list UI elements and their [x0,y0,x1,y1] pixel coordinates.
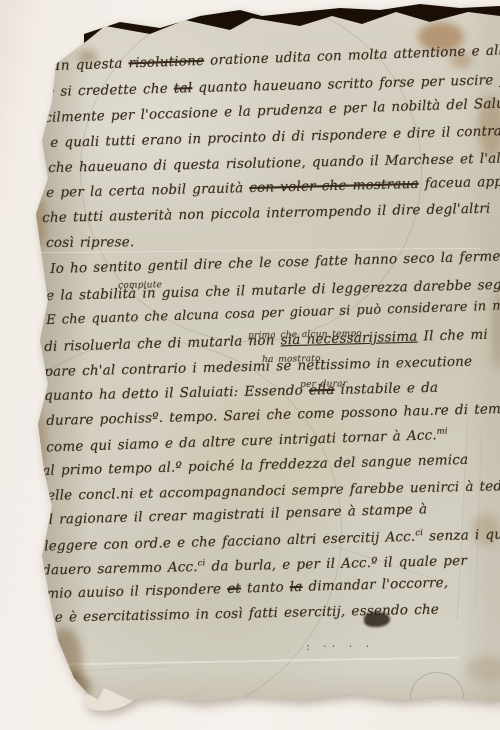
corner-stain [48,628,82,698]
corner-stain [36,670,91,704]
manuscript-text: così riprese. [46,234,135,251]
edge-stain [466,656,500,682]
manuscript-page: 4 In questa risolutione oratione udita c… [0,0,500,730]
manuscript-text: faceua appresso [419,173,500,192]
manuscript-text-sup: mi [437,425,448,435]
manuscript-scan: 4 In questa risolutione oratione udita c… [0,0,500,730]
manuscript-text: Il che mi [417,327,488,345]
manuscript-text: senza i quali [423,526,500,545]
trailing-ink-dots: : ·· · · [306,640,374,653]
paper-stack: 4 In questa risolutione oratione udita c… [0,0,500,730]
manuscript-text-strike: risolutione [128,53,204,72]
manuscript-text-strike: tal [174,80,193,96]
edge-stain [28,408,46,493]
manuscript-line: così riprese. [46,234,135,251]
manuscript-text: tanto [241,579,290,596]
manuscript-text: In questa [55,55,129,74]
ring-mark [410,672,464,722]
folio-number: 4 [45,36,55,53]
manuscript-text-strike: la [290,579,303,595]
manuscript-text: instabile e da [334,380,438,398]
manuscript-text-strike: ella [309,382,335,399]
manuscript-text: e si credette che [46,81,174,100]
manuscript-text-strike: et [227,581,241,597]
